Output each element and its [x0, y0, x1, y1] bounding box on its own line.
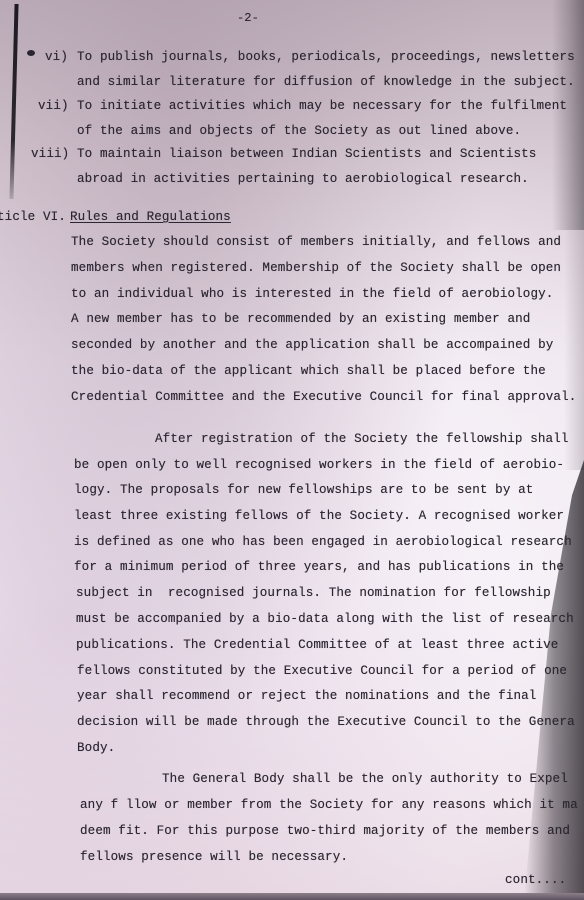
- paragraph-line: year shall recommend or reject the nomin…: [77, 690, 536, 703]
- paragraph-line: fellows presence will be necessary.: [80, 851, 348, 864]
- paragraph-line: logy. The proposals for new fellowships …: [74, 484, 533, 497]
- list-item-line: To maintain liaison between Indian Scien…: [77, 148, 536, 161]
- list-item-line: of the aims and objects of the Society a…: [77, 125, 521, 138]
- paragraph-line: Credential Committee and the Executive C…: [71, 391, 576, 404]
- list-item-line: To initiate activities which may be nece…: [77, 100, 567, 113]
- list-item-line: and similar literature for diffusion of …: [77, 76, 575, 89]
- article-prefix: ticle VI.: [0, 211, 66, 224]
- list-item-line: To publish journals, books, periodicals,…: [77, 51, 575, 64]
- pen-mark: [27, 50, 35, 56]
- paragraph-line: The Society should consist of members in…: [71, 236, 561, 249]
- paragraph-line: subject in recognised journals. The nomi…: [76, 587, 551, 600]
- edge-shadow: [552, 0, 584, 230]
- continuation-marker: cont....: [505, 874, 566, 887]
- list-item-label: viii): [31, 148, 69, 161]
- paragraph-line: The General Body shall be the only autho…: [162, 773, 568, 786]
- paragraph-line: fellows constituted by the Executive Cou…: [77, 665, 567, 678]
- paragraph-line: must be accompanied by a bio-data along …: [76, 613, 574, 626]
- paragraph-line: deem fit. For this purpose two-third maj…: [80, 825, 570, 838]
- paragraph-line: for a minimum period of three years, and…: [74, 561, 564, 574]
- bottom-edge: [0, 893, 584, 900]
- paragraph-line: Body.: [77, 742, 115, 755]
- paragraph-line: is defined as one who has been engaged i…: [74, 536, 572, 549]
- article-title: Rules and Regulations: [70, 211, 231, 224]
- paragraph-line: least three existing fellows of the Soci…: [74, 510, 564, 523]
- list-item-label: vi): [45, 51, 68, 64]
- list-item-label: vii): [38, 100, 69, 113]
- paragraph-line: any f llow or member from the Society fo…: [80, 799, 578, 812]
- paragraph-line: to an individual who is interested in th…: [71, 288, 553, 301]
- paragraph-line: publications. The Credential Committee o…: [76, 639, 558, 652]
- paragraph-line: After registration of the Society the fe…: [155, 433, 569, 446]
- page-number: -2-: [237, 12, 259, 24]
- paragraph-line: the bio-data of the applicant which shal…: [71, 365, 546, 378]
- paragraph-line: be open only to well recognised workers …: [74, 459, 564, 472]
- paragraph-line: members when registered. Membership of t…: [71, 262, 561, 275]
- paragraph-line: A new member has to be recommended by an…: [71, 313, 530, 326]
- paragraph-line: seconded by another and the application …: [71, 339, 553, 352]
- paragraph-line: decision will be made through the Execut…: [77, 716, 575, 729]
- list-item-line: abroad in activities pertaining to aerob…: [77, 173, 529, 186]
